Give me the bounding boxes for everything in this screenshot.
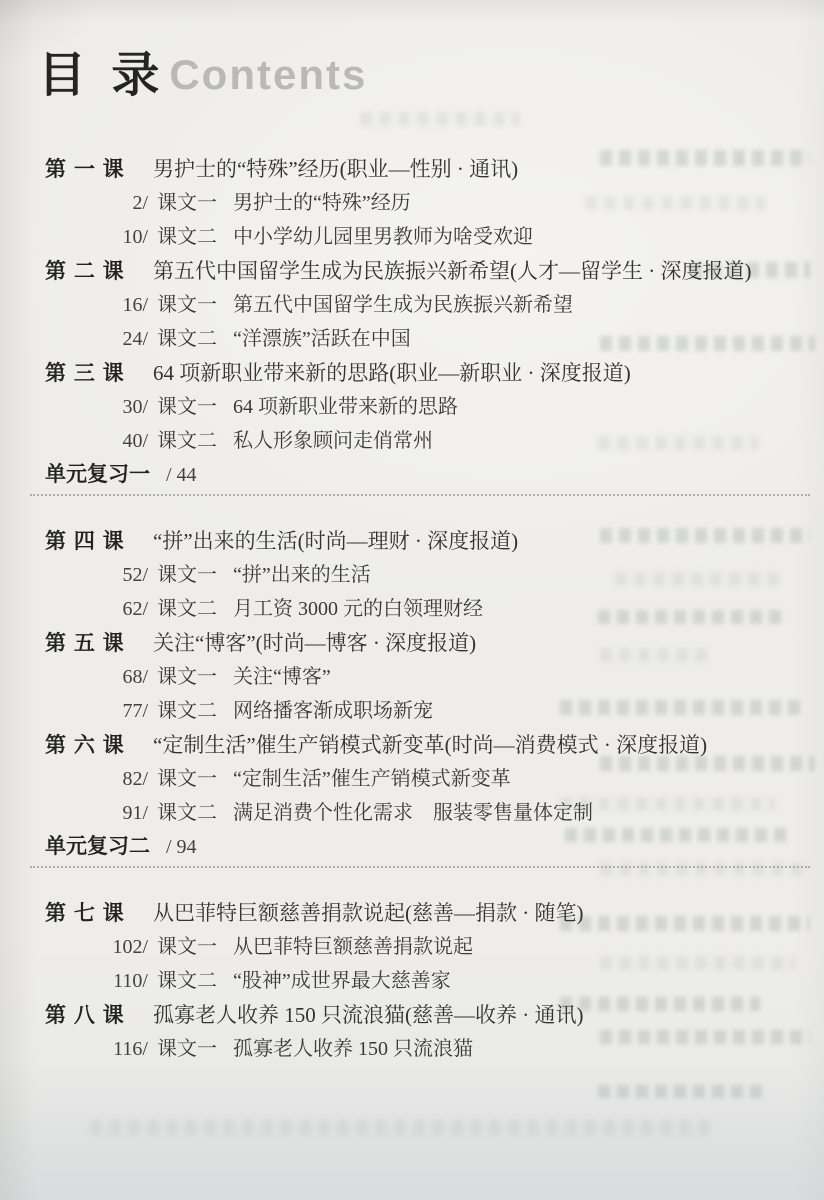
review-label: 单元复习二 xyxy=(45,830,150,864)
review-page-number: / 94 xyxy=(166,836,197,858)
lesson-number-label: 第 六 课 xyxy=(45,729,153,763)
toc-entry: 30/课文一64 项新职业带来新的思路 xyxy=(0,390,824,424)
bleedthrough-artifact xyxy=(598,1085,763,1098)
entry-text-label: 课文二 xyxy=(157,970,217,992)
entry-page-number: 40/ xyxy=(0,424,148,458)
entry-page-number: 24/ xyxy=(0,322,148,356)
entry-text-label: 课文二 xyxy=(157,226,217,248)
lesson-heading: 第 五 课关注“博客”(时尚—博客 · 深度报道) xyxy=(0,626,824,660)
entry-page-number: 116/ xyxy=(0,1032,148,1066)
lesson-number-label: 第 八 课 xyxy=(45,999,153,1033)
lesson-heading: 第 三 课64 项新职业带来新的思路(职业—新职业 · 深度报道) xyxy=(0,356,824,390)
toc-page: 目 录Contents 第 一 课男护士的“特殊”经历(职业—性别 · 通讯) … xyxy=(0,0,824,1200)
entry-text-label: 课文一 xyxy=(157,666,217,688)
entry-page-number: 102/ xyxy=(0,930,148,964)
toc-entry: 110/课文二“股神”成世界最大慈善家 xyxy=(0,964,824,998)
table-of-contents: 第 一 课男护士的“特殊”经历(职业—性别 · 通讯) 2/课文一男护士的“特殊… xyxy=(0,152,824,1066)
toc-entry: 77/课文二网络播客渐成职场新宠 xyxy=(0,694,824,728)
entry-page-number: 62/ xyxy=(0,592,148,626)
unit-3: 第 七 课从巴菲特巨额慈善捐款说起(慈善—捐款 · 随笔) 102/课文一从巴菲… xyxy=(0,896,824,1066)
entry-text-title: 网络播客渐成职场新宠 xyxy=(233,700,433,722)
toc-entry: 116/课文一孤寡老人收养 150 只流浪猫 xyxy=(0,1032,824,1066)
page-title: 目 录Contents xyxy=(38,36,367,105)
lesson-title: 第五代中国留学生成为民族振兴新希望(人才—留学生 · 深度报道) xyxy=(153,259,751,283)
toc-entry: 62/课文二月工资 3000 元的白领理财经 xyxy=(0,592,824,626)
entry-text-label: 课文一 xyxy=(157,294,217,316)
lesson-number-label: 第 一 课 xyxy=(45,153,153,187)
lesson-heading: 第 六 课“定制生活”催生产销模式新变革(时尚—消费模式 · 深度报道) xyxy=(0,728,824,762)
entry-text-label: 课文二 xyxy=(157,430,217,452)
entry-text-title: 中小学幼儿园里男教师为啥受欢迎 xyxy=(233,226,533,248)
lesson-title: 关注“博客”(时尚—博客 · 深度报道) xyxy=(153,631,476,655)
bleedthrough-artifact xyxy=(360,112,520,126)
review-label: 单元复习一 xyxy=(45,458,150,492)
entry-text-label: 课文一 xyxy=(157,936,217,958)
entry-text-title: 月工资 3000 元的白领理财经 xyxy=(233,598,483,620)
entry-text-label: 课文一 xyxy=(157,564,217,586)
lesson-title: 从巴菲特巨额慈善捐款说起(慈善—捐款 · 随笔) xyxy=(153,901,583,925)
entry-text-title: “拼”出来的生活 xyxy=(233,564,371,586)
lesson-title: “拼”出来的生活(时尚—理财 · 深度报道) xyxy=(153,529,518,553)
lesson-number-label: 第 二 课 xyxy=(45,255,153,289)
toc-entry: 16/课文一第五代中国留学生成为民族振兴新希望 xyxy=(0,288,824,322)
toc-entry: 82/课文一“定制生活”催生产销模式新变革 xyxy=(0,762,824,796)
entry-text-title: 孤寡老人收养 150 只流浪猫 xyxy=(233,1038,473,1060)
lesson-title: “定制生活”催生产销模式新变革(时尚—消费模式 · 深度报道) xyxy=(153,733,707,757)
entry-text-title: 满足消费个性化需求 服装零售量体定制 xyxy=(233,802,593,824)
lesson-title: 64 项新职业带来新的思路(职业—新职业 · 深度报道) xyxy=(153,361,631,385)
entry-text-title: 64 项新职业带来新的思路 xyxy=(233,396,458,418)
lesson-number-label: 第 七 课 xyxy=(45,897,153,931)
page-title-en: Contents xyxy=(169,51,367,98)
entry-text-label: 课文二 xyxy=(157,700,217,722)
unit-review-row: 单元复习一/ 44 xyxy=(0,458,824,492)
entry-text-title: 关注“博客” xyxy=(233,666,331,688)
lesson-heading: 第 二 课第五代中国留学生成为民族振兴新希望(人才—留学生 · 深度报道) xyxy=(0,254,824,288)
entry-text-label: 课文二 xyxy=(157,328,217,350)
entry-text-label: 课文一 xyxy=(157,396,217,418)
entry-page-number: 10/ xyxy=(0,220,148,254)
entry-text-title: 私人形象顾问走俏常州 xyxy=(233,430,433,452)
lesson-title: 孤寡老人收养 150 只流浪猫(慈善—收养 · 通讯) xyxy=(153,1003,583,1027)
review-page-number: / 44 xyxy=(166,464,197,486)
toc-entry: 91/课文二满足消费个性化需求 服装零售量体定制 xyxy=(0,796,824,830)
entry-page-number: 16/ xyxy=(0,288,148,322)
entry-text-title: 第五代中国留学生成为民族振兴新希望 xyxy=(233,294,573,316)
unit-review-row: 单元复习二/ 94 xyxy=(0,830,824,864)
entry-page-number: 82/ xyxy=(0,762,148,796)
entry-text-title: 从巴菲特巨额慈善捐款说起 xyxy=(233,936,473,958)
lesson-heading: 第 四 课“拼”出来的生活(时尚—理财 · 深度报道) xyxy=(0,524,824,558)
entry-text-title: “定制生活”催生产销模式新变革 xyxy=(233,768,511,790)
toc-entry: 68/课文一关注“博客” xyxy=(0,660,824,694)
toc-entry: 102/课文一从巴菲特巨额慈善捐款说起 xyxy=(0,930,824,964)
entry-text-label: 课文一 xyxy=(157,1038,217,1060)
unit-1: 第 一 课男护士的“特殊”经历(职业—性别 · 通讯) 2/课文一男护士的“特殊… xyxy=(0,152,824,496)
lesson-heading: 第 一 课男护士的“特殊”经历(职业—性别 · 通讯) xyxy=(0,152,824,186)
entry-page-number: 110/ xyxy=(0,964,148,998)
lesson-heading: 第 七 课从巴菲特巨额慈善捐款说起(慈善—捐款 · 随笔) xyxy=(0,896,824,930)
toc-entry: 24/课文二“洋漂族”活跃在中国 xyxy=(0,322,824,356)
entry-text-label: 课文二 xyxy=(157,598,217,620)
lesson-number-label: 第 五 课 xyxy=(45,627,153,661)
page-title-cn: 目 录 xyxy=(38,49,165,102)
entry-page-number: 2/ xyxy=(0,186,148,220)
lesson-number-label: 第 四 课 xyxy=(45,525,153,559)
toc-entry: 52/课文一“拼”出来的生活 xyxy=(0,558,824,592)
entry-page-number: 52/ xyxy=(0,558,148,592)
entry-page-number: 30/ xyxy=(0,390,148,424)
entry-text-label: 课文一 xyxy=(157,192,217,214)
entry-text-title: “洋漂族”活跃在中国 xyxy=(233,328,411,350)
entry-page-number: 77/ xyxy=(0,694,148,728)
toc-entry: 40/课文二私人形象顾问走俏常州 xyxy=(0,424,824,458)
lesson-heading: 第 八 课孤寡老人收养 150 只流浪猫(慈善—收养 · 通讯) xyxy=(0,998,824,1032)
dotted-separator xyxy=(30,866,810,868)
entry-text-label: 课文一 xyxy=(157,768,217,790)
lesson-title: 男护士的“特殊”经历(职业—性别 · 通讯) xyxy=(153,157,518,181)
unit-2: 第 四 课“拼”出来的生活(时尚—理财 · 深度报道) 52/课文一“拼”出来的… xyxy=(0,524,824,868)
entry-page-number: 68/ xyxy=(0,660,148,694)
entry-text-label: 课文二 xyxy=(157,802,217,824)
entry-text-title: “股神”成世界最大慈善家 xyxy=(233,970,451,992)
toc-entry: 2/课文一男护士的“特殊”经历 xyxy=(0,186,824,220)
entry-text-title: 男护士的“特殊”经历 xyxy=(233,192,411,214)
toc-entry: 10/课文二中小学幼儿园里男教师为啥受欢迎 xyxy=(0,220,824,254)
lesson-number-label: 第 三 课 xyxy=(45,357,153,391)
entry-page-number: 91/ xyxy=(0,796,148,830)
bleedthrough-artifact xyxy=(90,1120,710,1135)
dotted-separator xyxy=(30,494,810,496)
